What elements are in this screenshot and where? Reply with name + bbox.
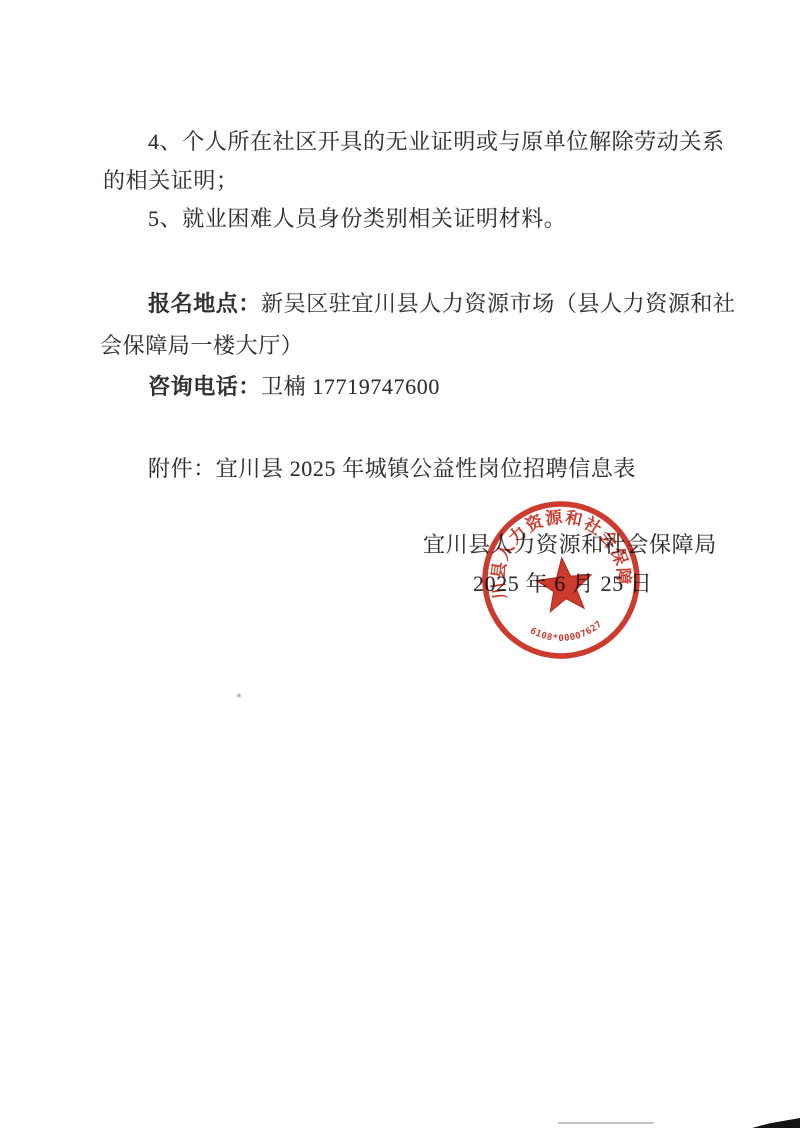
scan-edge-line bbox=[558, 1122, 654, 1124]
body-location-line1: 报名地点：新吴区驻宜川县人力资源市场（县人力资源和社 bbox=[148, 290, 736, 318]
body-item4-line1: 4、个人所在社区开具的无业证明或与原单位解除劳动关系 bbox=[148, 128, 725, 156]
scan-edge-shadow bbox=[752, 1118, 800, 1128]
body-item5: 5、就业困难人员身份类别相关证明材料。 bbox=[148, 205, 566, 233]
phone-value: 卫楠 17719747600 bbox=[261, 374, 440, 399]
phone-label: 咨询电话： bbox=[148, 374, 261, 399]
seal-graphic: 宜川县人力资源和社会保障局 6108*00007627 bbox=[479, 498, 643, 662]
seal-code-text: 6108*00007627 bbox=[527, 619, 606, 648]
body-location-line2: 会保障局一楼大厅） bbox=[100, 332, 303, 360]
attachment-line: 附件：宜川县 2025 年城镇公益性岗位招聘信息表 bbox=[148, 455, 636, 483]
body-item4-line2: 的相关证明； bbox=[103, 167, 239, 195]
location-value: 新吴区驻宜川县人力资源市场（县人力资源和社 bbox=[261, 291, 736, 316]
scanned-document-page: 4、个人所在社区开具的无业证明或与原单位解除劳动关系 的相关证明； 5、就业困难… bbox=[0, 0, 800, 1128]
location-label: 报名地点： bbox=[148, 291, 261, 316]
scan-speck bbox=[236, 693, 242, 698]
seal-star-icon bbox=[534, 555, 594, 613]
official-seal-stamp: 宜川县人力资源和社会保障局 6108*00007627 bbox=[479, 498, 643, 662]
body-phone-line: 咨询电话：卫楠 17719747600 bbox=[148, 373, 440, 401]
